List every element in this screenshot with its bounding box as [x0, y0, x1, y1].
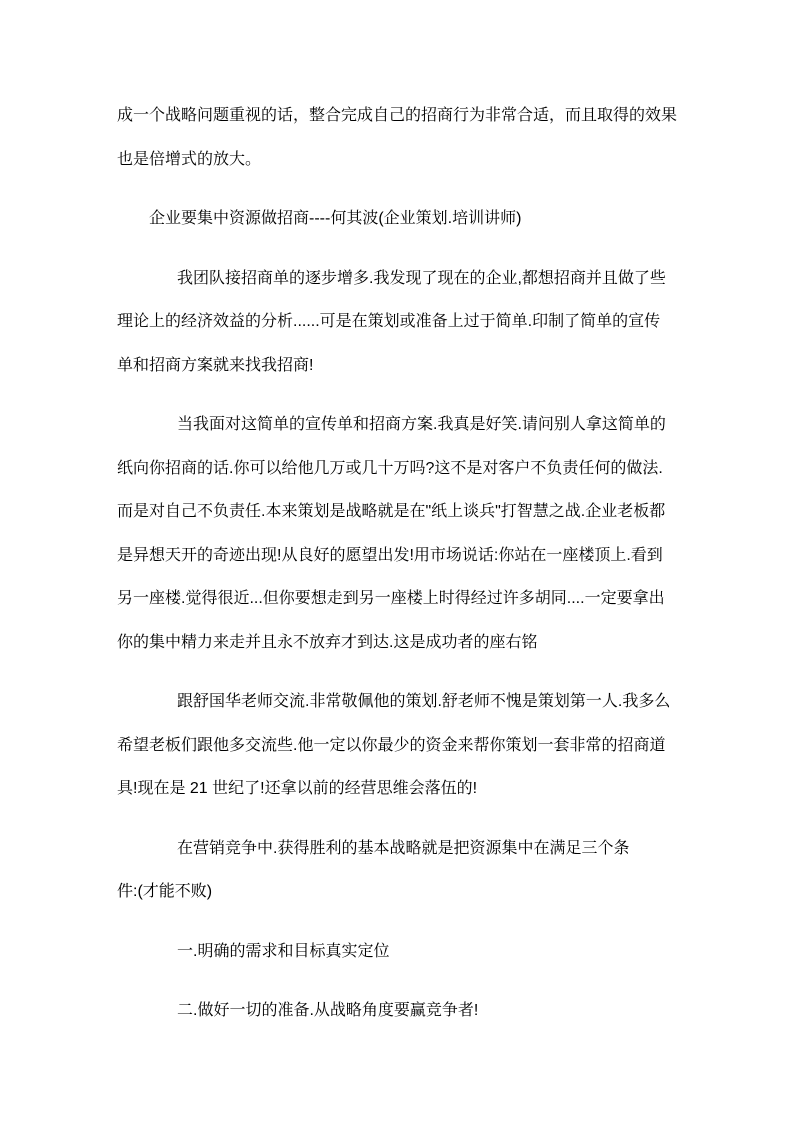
- text-line: 我团队接招商单的逐步增多.我发现了现在的企业,都想招商并且做了些: [117, 257, 677, 301]
- paragraph: 我团队接招商单的逐步增多.我发现了现在的企业,都想招商并且做了些理论上的经济效益…: [117, 257, 677, 388]
- text-line: 另一座楼.觉得很近...但你要想走到另一座楼上时得经过许多胡同....一定要拿出: [117, 577, 677, 621]
- text-line: 当我面对这简单的宣传单和招商方案.我真是好笑.请问别人拿这简单的: [117, 403, 677, 447]
- paragraph: 成一个战略问题重视的话，整合完成自己的招商行为非常合适，而且取得的效果也是倍增式…: [117, 94, 677, 181]
- text-line: 跟舒国华老师交流.非常敬佩他的策划.舒老师不愧是策划第一人.我多么: [117, 680, 677, 724]
- text-line: 在营销竞争中.获得胜利的基本战略就是把资源集中在满足三个条: [117, 827, 677, 871]
- text-line: 件:(才能不败): [117, 870, 677, 914]
- text-line: 二.做好一切的准备.从战略角度要赢竞争者!: [117, 989, 677, 1033]
- text-line: 也是倍增式的放大。: [117, 138, 677, 182]
- text-line: 一.明确的需求和目标真实定位: [117, 930, 677, 974]
- text-line: 成一个战略问题重视的话，整合完成自己的招商行为非常合适，而且取得的效果: [117, 94, 677, 138]
- text-line: 是异想天开的奇迹出现!从良好的愿望出发!用市场说话:你站在一座楼顶上.看到: [117, 534, 677, 578]
- text-line: 纸向你招商的话.你可以给他几万或几十万吗?这不是对客户不负责任何的做法.: [117, 447, 677, 491]
- paragraph: 在营销竞争中.获得胜利的基本战略就是把资源集中在满足三个条件:(才能不败): [117, 827, 677, 914]
- paragraph: 二.做好一切的准备.从战略角度要赢竞争者!: [117, 989, 677, 1033]
- text-line: 企业要集中资源做招商----何其波(企业策划.培训讲师): [117, 197, 677, 241]
- paragraph: 当我面对这简单的宣传单和招商方案.我真是好笑.请问别人拿这简单的纸向你招商的话.…: [117, 403, 677, 664]
- text-line: 而是对自己不负责任.本来策划是战略就是在"纸上谈兵"打智慧之战.企业老板都: [117, 490, 677, 534]
- text-line: 单和招商方案就来找我招商!: [117, 344, 677, 388]
- text-line: 具!现在是 21 世纪了!还拿以前的经营思维会落伍的!: [117, 767, 677, 811]
- document-page: 成一个战略问题重视的话，整合完成自己的招商行为非常合适，而且取得的效果也是倍增式…: [0, 0, 793, 1122]
- paragraph: 一.明确的需求和目标真实定位: [117, 930, 677, 974]
- text-line: 希望老板们跟他多交流些.他一定以你最少的资金来帮你策划一套非常的招商道: [117, 724, 677, 768]
- text-line: 你的集中精力来走并且永不放弃才到达.这是成功者的座右铭: [117, 621, 677, 665]
- text-line: 理论上的经济效益的分析......可是在策划或准备上过于简单.印制了简单的宣传: [117, 300, 677, 344]
- paragraph: 企业要集中资源做招商----何其波(企业策划.培训讲师): [117, 197, 677, 241]
- paragraph: 跟舒国华老师交流.非常敬佩他的策划.舒老师不愧是策划第一人.我多么希望老板们跟他…: [117, 680, 677, 811]
